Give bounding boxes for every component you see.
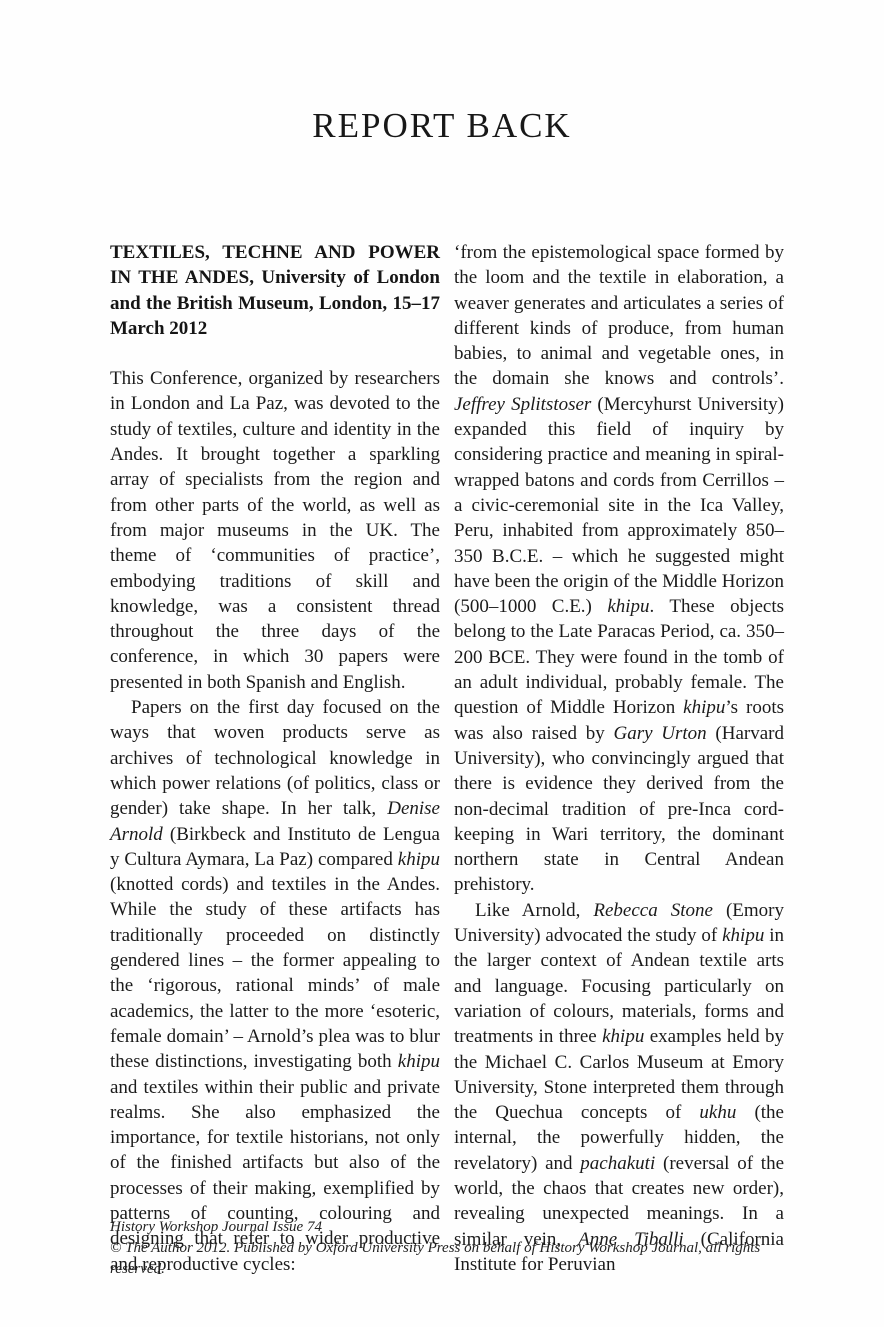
footer-journal-issue: History Workshop Journal Issue 74 (110, 1217, 800, 1238)
paragraph: This Conference, organized by researcher… (110, 366, 440, 695)
page-title: REPORT BACK (0, 106, 884, 146)
footer-copyright: © The Author 2012. Published by Oxford U… (110, 1238, 800, 1280)
paragraph: ‘from the epistemological space formed b… (454, 240, 784, 898)
right-column: ‘from the epistemological space formed b… (454, 240, 784, 1277)
page-footer: History Workshop Journal Issue 74 © The … (110, 1217, 800, 1280)
left-column: TEXTILES, TECHNE AND POWER IN THE ANDES,… (110, 240, 440, 1277)
journal-page: REPORT BACK TEXTILES, TECHNE AND POWER I… (0, 0, 884, 1327)
right-column-paragraphs: ‘from the epistemological space formed b… (454, 240, 784, 1277)
conference-heading: TEXTILES, TECHNE AND POWER IN THE ANDES,… (110, 240, 440, 341)
left-column-paragraphs: This Conference, organized by researcher… (110, 366, 440, 1277)
paragraph: Papers on the first day focused on the w… (110, 695, 440, 1277)
